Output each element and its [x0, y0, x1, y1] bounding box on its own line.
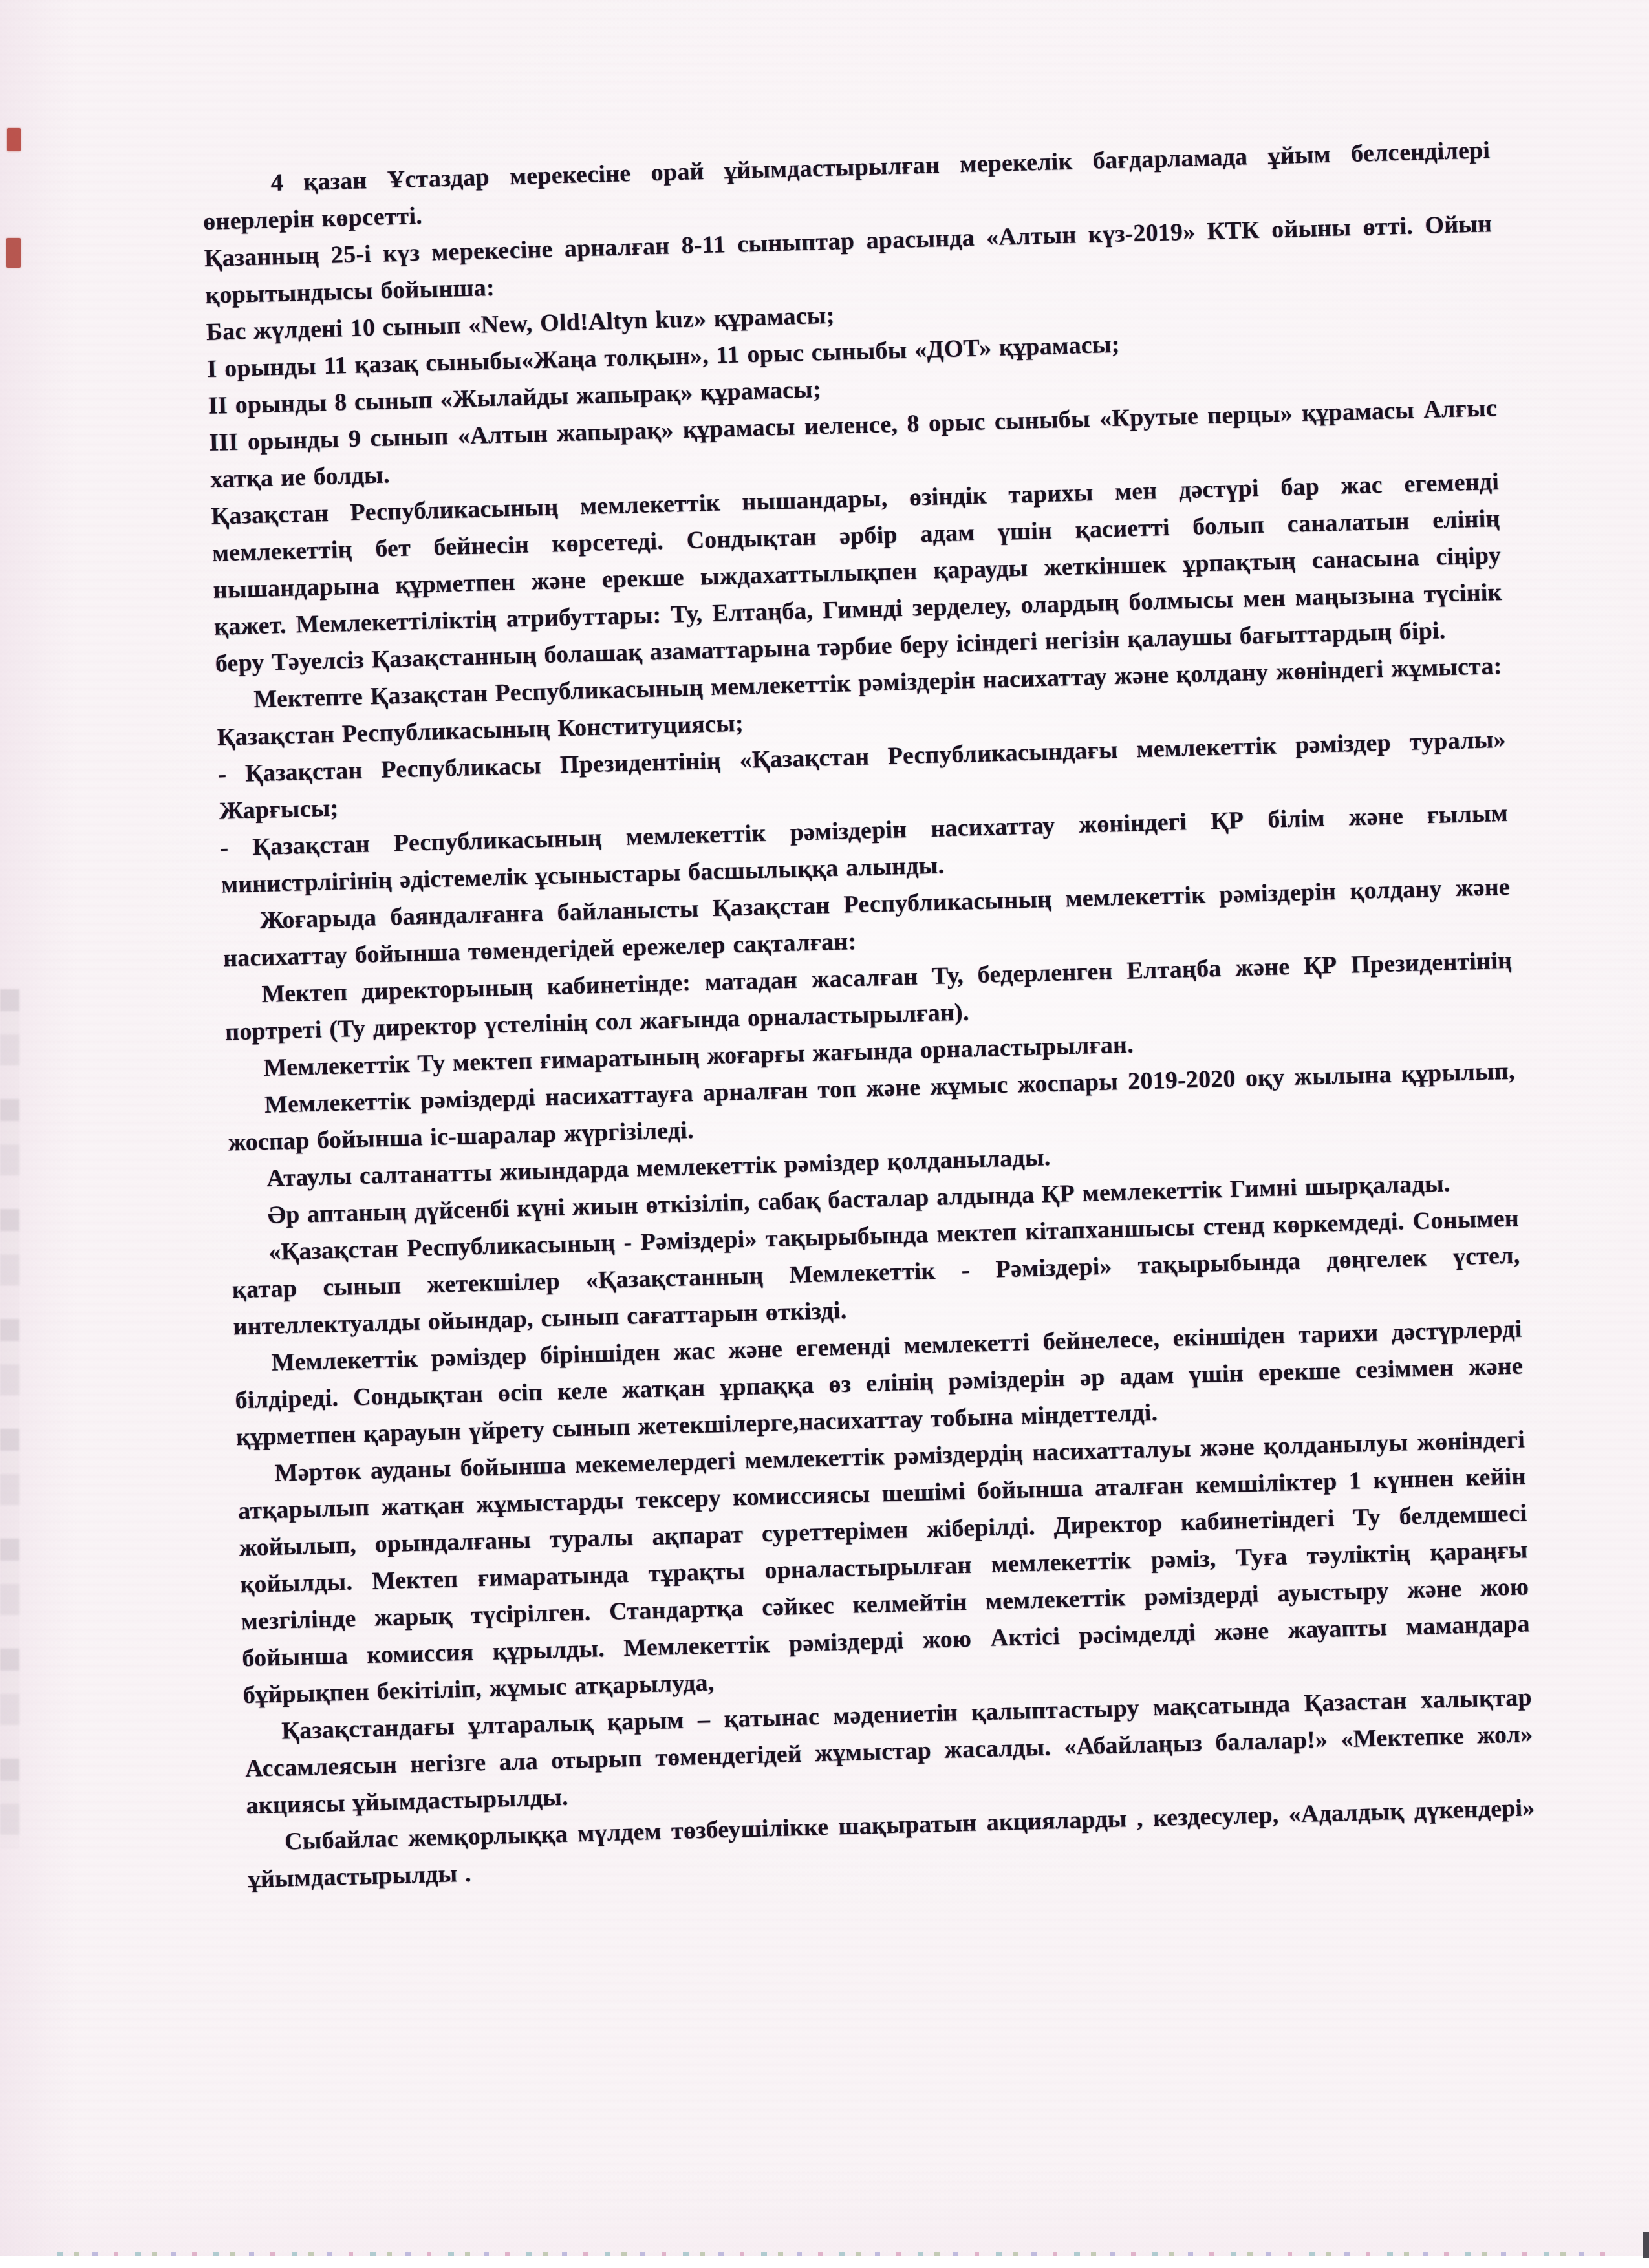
scan-edge-streaks [0, 989, 19, 1849]
scan-bottom-edge [0, 2256, 1649, 2268]
paragraph: Қазақстан Республикасының мемлекеттік ны… [211, 464, 1503, 683]
scan-red-mark [6, 238, 21, 268]
paragraph: Мәртөк ауданы бойынша мекемелердегі мемл… [237, 1421, 1531, 1714]
scanned-page: 4 қазан Ұстаздар мерекесіне орай ұйымдас… [0, 0, 1649, 2268]
scan-red-mark [7, 128, 21, 151]
document-body: 4 қазан Ұстаздар мерекесіне орай ұйымдас… [202, 132, 1536, 1898]
scan-bottom-noise-line [57, 2252, 1622, 2256]
scan-right-edge-mark [1643, 2232, 1649, 2258]
